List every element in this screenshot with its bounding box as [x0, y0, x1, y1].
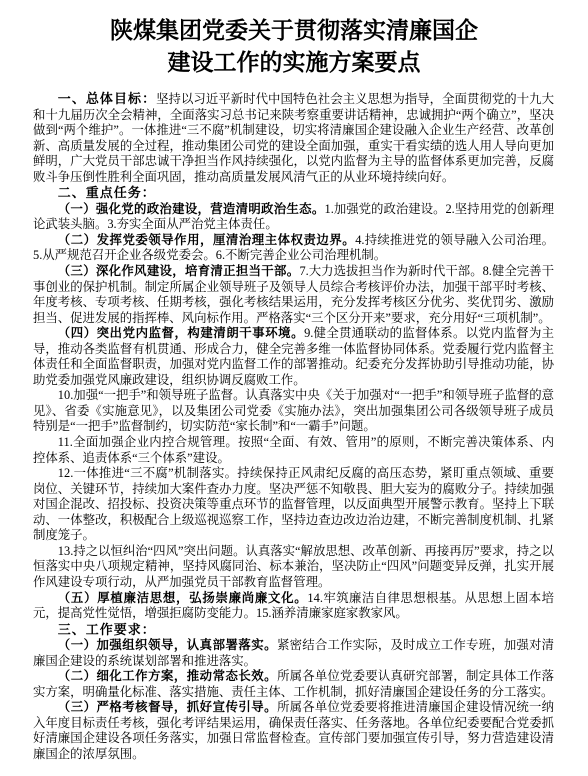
subsection-heading: （一）加强组织领导，认真部署落实。: [58, 638, 277, 652]
para-work-requirements-heading: 三、工作要求：: [33, 622, 554, 639]
para-task-5: （五）厚植廉洁思想，弘扬崇廉尚廉文化。14.牢筑廉洁自律思想根基。从思想上固本培…: [33, 591, 554, 622]
section-heading: 二、重点任务：: [58, 185, 156, 200]
para-item-11: 11.全面加强企业内控合规管理。按照“全面、有效、管用”的原则，不断完善决策体系…: [33, 435, 554, 466]
para-item-13: 13.持之以恒纠治“四风”突出问题。认真落实“解放思想、改革创新、再接再厉”要求…: [33, 544, 554, 591]
para-task-1: （一）强化党的政治建设，营造清明政治生态。1.加强党的政治建设。2.坚持用党的创…: [33, 202, 554, 233]
document-title-line-2: 建设工作的实施方案要点: [0, 47, 588, 79]
document-title-line-1: 陕煤集团党委关于贯彻落实清廉国企: [0, 15, 588, 47]
document-page: 陕煤集团党委关于贯彻落实清廉国企 建设工作的实施方案要点 一、总体目标：坚持以习…: [0, 0, 588, 776]
document-title: 陕煤集团党委关于贯彻落实清廉国企 建设工作的实施方案要点: [0, 0, 588, 79]
subsection-heading: （二）发挥党委领导作用，厘清治理主体权责边界。: [58, 233, 355, 247]
subsection-heading: （三）严格考核督导，抓好宣传引导。: [58, 700, 277, 714]
para-item-10: 10.加强“一把手”和领导班子监督。认真落实中央《关于加强对“一把手”和领导班子…: [33, 388, 554, 435]
subsection-heading: （二）细化工作方案，推动常态长效。: [58, 669, 277, 683]
subsection-heading: （一）强化党的政治建设，营造清明政治生态。: [58, 202, 325, 216]
paragraph-text: 12.一体推进“三不腐”机制落实。持续保持正风肃纪反腐的高压态势，紧盯重点领域、…: [33, 466, 554, 542]
subsection-heading: （五）厚植廉洁思想，弘扬崇廉尚廉文化。: [58, 591, 308, 605]
paragraph-text: 11.全面加强企业内控合规管理。按照“全面、有效、管用”的原则，不断完善决策体系…: [33, 435, 554, 465]
para-task-3: （三）深化作风建设，培育清正担当干部。7.大力选拔担当作为新时代干部。8.健全完…: [33, 264, 554, 326]
para-requirement-3: （三）严格考核督导，抓好宣传引导。所属各单位党委要将推进清廉国企建设情况统一纳入…: [33, 700, 554, 762]
paragraph-text: 10.加强“一把手”和领导班子监督。认真落实中央《关于加强对“一把手”和领导班子…: [33, 388, 554, 433]
para-task-4: （四）突出党内监督，构建清朗干事环境。9.健全贯通联动的监督体系。以党内监督为主…: [33, 326, 554, 388]
para-task-2: （二）发挥党委领导作用，厘清治理主体权责边界。4.持续推进党的领导融入公司治理。…: [33, 233, 554, 264]
section-heading: 一、总体目标：: [58, 91, 156, 106]
subsection-heading: （四）突出党内监督，构建清朗干事环境。: [58, 326, 304, 340]
para-requirement-2: （二）细化工作方案，推动常态长效。所属各单位党委要认真研究部署，制定具体工作落实…: [33, 669, 554, 700]
paragraph-text: 13.持之以恒纠治“四风”突出问题。认真落实“解放思想、改革创新、再接再厉”要求…: [33, 544, 554, 589]
subsection-heading: （三）深化作风建设，培育清正担当干部。: [58, 264, 300, 278]
para-requirement-1: （一）加强组织领导，认真部署落实。紧密结合工作实际，及时成立工作专班，加强对清廉…: [33, 638, 554, 669]
section-heading: 三、工作要求：: [58, 622, 156, 637]
para-item-12: 12.一体推进“三不腐”机制落实。持续保持正风肃纪反腐的高压态势，紧盯重点领域、…: [33, 466, 554, 544]
para-key-tasks-heading: 二、重点任务：: [33, 185, 554, 202]
document-body: 一、总体目标：坚持以习近平新时代中国特色社会主义思想为指导，全面贯彻党的十九大和…: [33, 91, 554, 763]
para-overall-goal: 一、总体目标：坚持以习近平新时代中国特色社会主义思想为指导，全面贯彻党的十九大和…: [33, 91, 554, 185]
